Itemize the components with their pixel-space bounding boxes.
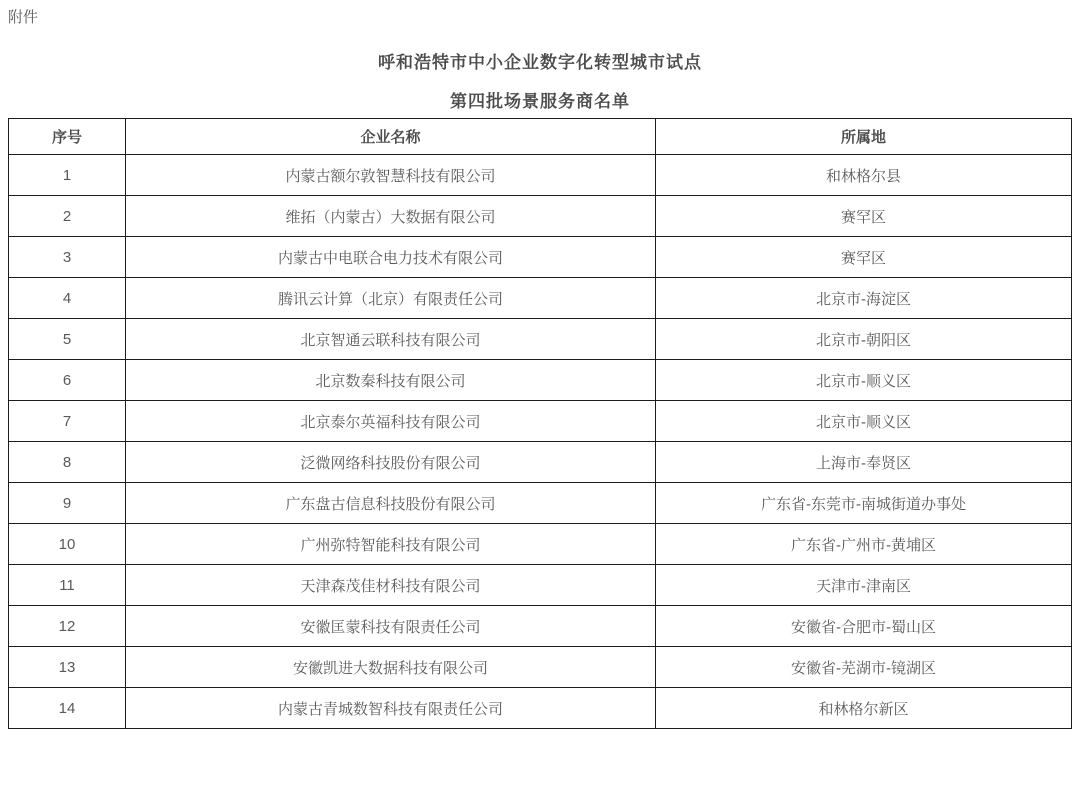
cell-company: 腾讯云计算（北京）有限责任公司 xyxy=(126,278,656,319)
cell-location: 上海市-奉贤区 xyxy=(656,442,1072,483)
cell-seq: 8 xyxy=(9,442,126,483)
cell-location: 安徽省-芜湖市-镜湖区 xyxy=(656,647,1072,688)
document-page: 附件 呼和浩特市中小企业数字化转型城市试点 第四批场景服务商名单 序号 企业名称… xyxy=(0,0,1080,789)
cell-seq: 11 xyxy=(9,565,126,606)
cell-location: 北京市-海淀区 xyxy=(656,278,1072,319)
attachment-label: 附件 xyxy=(8,8,1072,28)
cell-location: 广东省-东莞市-南城街道办事处 xyxy=(656,483,1072,524)
cell-company: 北京数秦科技有限公司 xyxy=(126,360,656,401)
cell-company: 维拓（内蒙古）大数据有限公司 xyxy=(126,196,656,237)
cell-company: 天津森茂佳材科技有限公司 xyxy=(126,565,656,606)
cell-seq: 7 xyxy=(9,401,126,442)
cell-location: 和林格尔新区 xyxy=(656,688,1072,729)
table-row: 1 内蒙古额尔敦智慧科技有限公司 和林格尔县 xyxy=(9,155,1072,196)
table-row: 6 北京数秦科技有限公司 北京市-顺义区 xyxy=(9,360,1072,401)
column-header-seq: 序号 xyxy=(9,119,126,155)
cell-company: 内蒙古中电联合电力技术有限公司 xyxy=(126,237,656,278)
cell-seq: 3 xyxy=(9,237,126,278)
table-body: 1 内蒙古额尔敦智慧科技有限公司 和林格尔县 2 维拓（内蒙古）大数据有限公司 … xyxy=(9,155,1072,729)
cell-location: 赛罕区 xyxy=(656,196,1072,237)
table-row: 8 泛微网络科技股份有限公司 上海市-奉贤区 xyxy=(9,442,1072,483)
table-row: 13 安徽凯进大数据科技有限公司 安徽省-芜湖市-镜湖区 xyxy=(9,647,1072,688)
cell-company: 北京泰尔英福科技有限公司 xyxy=(126,401,656,442)
cell-seq: 10 xyxy=(9,524,126,565)
table-row: 5 北京智通云联科技有限公司 北京市-朝阳区 xyxy=(9,319,1072,360)
cell-seq: 13 xyxy=(9,647,126,688)
cell-seq: 12 xyxy=(9,606,126,647)
document-title-line1: 呼和浩特市中小企业数字化转型城市试点 xyxy=(8,52,1072,74)
table-row: 9 广东盘古信息科技股份有限公司 广东省-东莞市-南城街道办事处 xyxy=(9,483,1072,524)
cell-seq: 4 xyxy=(9,278,126,319)
table-header-row: 序号 企业名称 所属地 xyxy=(9,119,1072,155)
cell-seq: 9 xyxy=(9,483,126,524)
cell-seq: 5 xyxy=(9,319,126,360)
document-title-line2: 第四批场景服务商名单 xyxy=(8,91,1072,113)
cell-location: 北京市-朝阳区 xyxy=(656,319,1072,360)
cell-company: 泛微网络科技股份有限公司 xyxy=(126,442,656,483)
cell-location: 北京市-顺义区 xyxy=(656,401,1072,442)
cell-seq: 2 xyxy=(9,196,126,237)
column-header-company: 企业名称 xyxy=(126,119,656,155)
table-row: 12 安徽匡蒙科技有限责任公司 安徽省-合肥市-蜀山区 xyxy=(9,606,1072,647)
service-provider-table: 序号 企业名称 所属地 1 内蒙古额尔敦智慧科技有限公司 和林格尔县 2 维拓（… xyxy=(8,118,1072,729)
cell-location: 和林格尔县 xyxy=(656,155,1072,196)
cell-location: 广东省-广州市-黄埔区 xyxy=(656,524,1072,565)
cell-company: 内蒙古额尔敦智慧科技有限公司 xyxy=(126,155,656,196)
table-row: 11 天津森茂佳材科技有限公司 天津市-津南区 xyxy=(9,565,1072,606)
table-row: 14 内蒙古青城数智科技有限责任公司 和林格尔新区 xyxy=(9,688,1072,729)
cell-company: 广东盘古信息科技股份有限公司 xyxy=(126,483,656,524)
cell-company: 安徽凯进大数据科技有限公司 xyxy=(126,647,656,688)
cell-company: 广州弥特智能科技有限公司 xyxy=(126,524,656,565)
cell-location: 安徽省-合肥市-蜀山区 xyxy=(656,606,1072,647)
cell-seq: 6 xyxy=(9,360,126,401)
table-row: 10 广州弥特智能科技有限公司 广东省-广州市-黄埔区 xyxy=(9,524,1072,565)
cell-company: 北京智通云联科技有限公司 xyxy=(126,319,656,360)
table-row: 7 北京泰尔英福科技有限公司 北京市-顺义区 xyxy=(9,401,1072,442)
cell-location: 天津市-津南区 xyxy=(656,565,1072,606)
column-header-location: 所属地 xyxy=(656,119,1072,155)
cell-seq: 1 xyxy=(9,155,126,196)
cell-company: 安徽匡蒙科技有限责任公司 xyxy=(126,606,656,647)
cell-location: 北京市-顺义区 xyxy=(656,360,1072,401)
cell-location: 赛罕区 xyxy=(656,237,1072,278)
table-row: 3 内蒙古中电联合电力技术有限公司 赛罕区 xyxy=(9,237,1072,278)
cell-company: 内蒙古青城数智科技有限责任公司 xyxy=(126,688,656,729)
table-row: 2 维拓（内蒙古）大数据有限公司 赛罕区 xyxy=(9,196,1072,237)
cell-seq: 14 xyxy=(9,688,126,729)
table-row: 4 腾讯云计算（北京）有限责任公司 北京市-海淀区 xyxy=(9,278,1072,319)
